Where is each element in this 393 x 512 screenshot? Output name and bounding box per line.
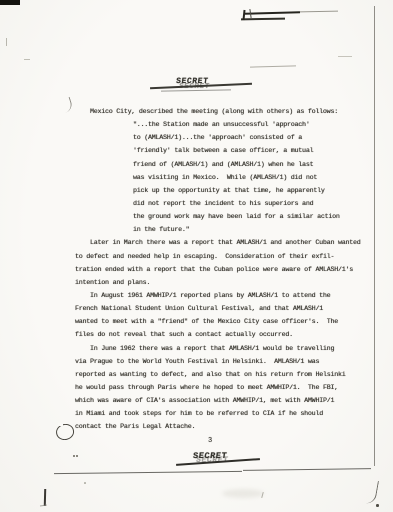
text-line: files do not reveal that such a contact …	[0, 328, 393, 341]
faint-scan-mark	[24, 59, 30, 60]
text-line: to (AMLASH/1)...the 'approach' consisted…	[0, 131, 393, 144]
text-line: was visiting in Mexico. While (AMLASH/1)…	[0, 171, 393, 184]
crossed-out-stamp-mark	[241, 18, 285, 21]
faint-scan-mark	[261, 492, 264, 498]
text-line: in the future."	[0, 223, 393, 236]
text-line: French National Student Union Cultural F…	[0, 302, 393, 315]
faint-scan-mark	[364, 479, 379, 505]
handwritten-ditto-mark	[73, 444, 79, 446]
text-line: he would pass through Paris where he hop…	[0, 381, 393, 394]
text-line: the ground work may have been laid for a…	[0, 210, 393, 223]
text-line: intention and plans.	[0, 276, 393, 289]
scan-smudge	[222, 489, 264, 498]
text-line: to defect and needed help in escaping. C…	[0, 250, 393, 263]
page-edge-line-right	[374, 6, 375, 466]
scan-edge-black-bar	[0, 0, 20, 5]
text-line: 'friendly' talk between a case officer, …	[0, 144, 393, 157]
text-line: In August 1961 AMWHIP/1 reported plans b…	[0, 289, 393, 302]
faint-scan-mark	[338, 56, 352, 57]
handwritten-circle-gap	[58, 423, 63, 426]
faint-scan-mark	[84, 482, 86, 484]
handwritten-tick-mark	[44, 489, 46, 506]
document-lines: Mexico City, described the meeting (alon…	[0, 105, 393, 434]
crossed-out-stamp-mark	[244, 11, 300, 15]
text-line: "...the Station made an unsuccessful 'ap…	[0, 118, 393, 131]
text-line: In June 1962 there was a report that AML…	[0, 342, 393, 355]
text-line: which was aware of CIA's association wit…	[0, 394, 393, 407]
faint-scan-mark	[6, 38, 7, 46]
text-line: reported as wanting to defect, and also …	[0, 368, 393, 381]
text-line: Mexico City, described the meeting (alon…	[0, 105, 393, 118]
text-line: Later in March there was a report that A…	[0, 236, 393, 249]
faint-scan-mark	[250, 65, 296, 67]
stamp-strikethrough-line	[161, 89, 231, 91]
scanned-document-page: SECRET SECRET Mexico City, described the…	[0, 0, 393, 512]
text-line: friend of (AMLASH/1) and (AMLASH/1) when…	[0, 158, 393, 171]
page-edge-line-bottom	[54, 471, 242, 475]
faint-scan-mark	[376, 504, 379, 507]
text-line: via Prague to the World Youth Festival i…	[0, 355, 393, 368]
text-line: tration ended with a report that the Cub…	[0, 263, 393, 276]
crossed-out-stamp-mark	[300, 11, 338, 13]
page-number: 3	[208, 437, 212, 445]
page-edge-line-bottom	[243, 468, 371, 471]
text-line: pick up the opportunity at that time, he…	[0, 184, 393, 197]
text-line: wanted to meet with a "friend" of the Me…	[0, 315, 393, 328]
text-line: did not report the incident to his super…	[0, 197, 393, 210]
faint-scan-mark	[40, 505, 47, 507]
text-line: in Miami and took steps for him to be re…	[0, 407, 393, 420]
